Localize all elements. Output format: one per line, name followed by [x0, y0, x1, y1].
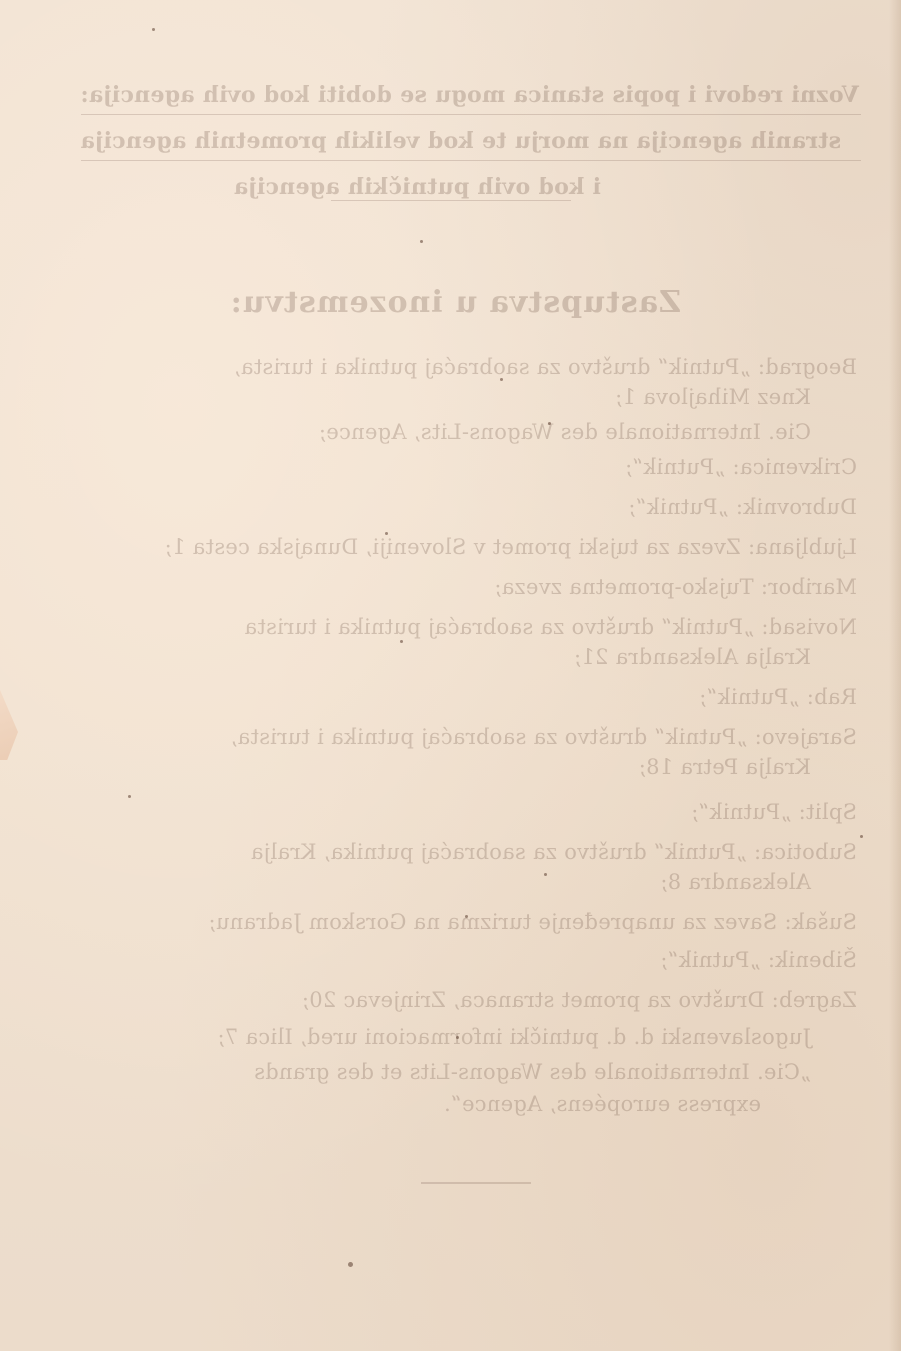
entry: Novisad: „Putnik“ društvo za saobraćaj p… — [244, 615, 857, 639]
notice-line-3: i kod ovih putničkih agencija — [234, 174, 601, 200]
paper-speck — [548, 422, 551, 425]
paper-speck — [385, 532, 388, 535]
entry: Maribor: Tujsko-prometna zveza; — [494, 575, 857, 599]
entry-cont: Knez Mihajlova 1; — [615, 385, 811, 409]
paper-speck — [400, 640, 403, 643]
entry: Šibenik: „Putnik“; — [660, 948, 857, 972]
divider — [81, 160, 861, 161]
entry-cont: Kralja Petra 18; — [638, 755, 811, 779]
entry: Crikvenica: „Putnik“; — [625, 455, 857, 479]
entry: „Cie. Internationale des Wagons-Lits et … — [254, 1060, 811, 1084]
entry: Sušak: Savez za unapređenje turizma na G… — [208, 910, 857, 934]
paper-speck — [456, 1036, 459, 1039]
entry: Subotica: „Putnik“ društvo za saobraćaj … — [251, 840, 857, 864]
divider — [81, 114, 861, 115]
paper-speck — [500, 378, 503, 381]
entry-cont: Kralja Aleksandra 21; — [574, 645, 811, 669]
entry-cont: Aleksandra 8; — [660, 870, 811, 894]
paper-speck — [420, 240, 423, 243]
notice-line-1: Vozni redovi i popis stanica mogu se dob… — [80, 82, 859, 108]
paper-speck — [152, 28, 155, 31]
divider — [331, 200, 571, 201]
paper-speck — [465, 915, 468, 918]
paper-speck — [860, 835, 863, 838]
paper-speck — [128, 795, 131, 798]
paper-speck — [544, 873, 547, 876]
entry: Rab: „Putnik“; — [699, 685, 857, 709]
entry: Sarajevo: „Putnik“ društvo za saobraćaj … — [230, 725, 857, 749]
entry: Split: „Putnik“; — [691, 800, 857, 824]
notice-line-2: stranih agencija na morju te kod velikih… — [80, 128, 841, 154]
entry: Ljubljana: Zveza za tujski promet v Slov… — [164, 535, 857, 559]
show-through-text: Vozni redovi i popis stanica mogu se dob… — [0, 0, 901, 1351]
entry: Beograd: „Putnik“ društvo za saobraćaj p… — [234, 355, 857, 379]
entry-cont: express européens, Agence“. — [444, 1092, 761, 1116]
paper-speck — [348, 1262, 353, 1267]
section-heading: Zastupstva u inozemstvu: — [230, 285, 681, 320]
entry: Zagreb: Društvo za promet stranaca, Zrin… — [302, 988, 857, 1012]
end-rule — [421, 1182, 531, 1184]
entry: Dubrovnik: „Putnik“; — [628, 495, 857, 519]
entry: Jugoslavenski d. d. putnički informacion… — [217, 1025, 811, 1049]
entry: Cie. Internationale des Wagons-Lits, Age… — [319, 420, 811, 444]
